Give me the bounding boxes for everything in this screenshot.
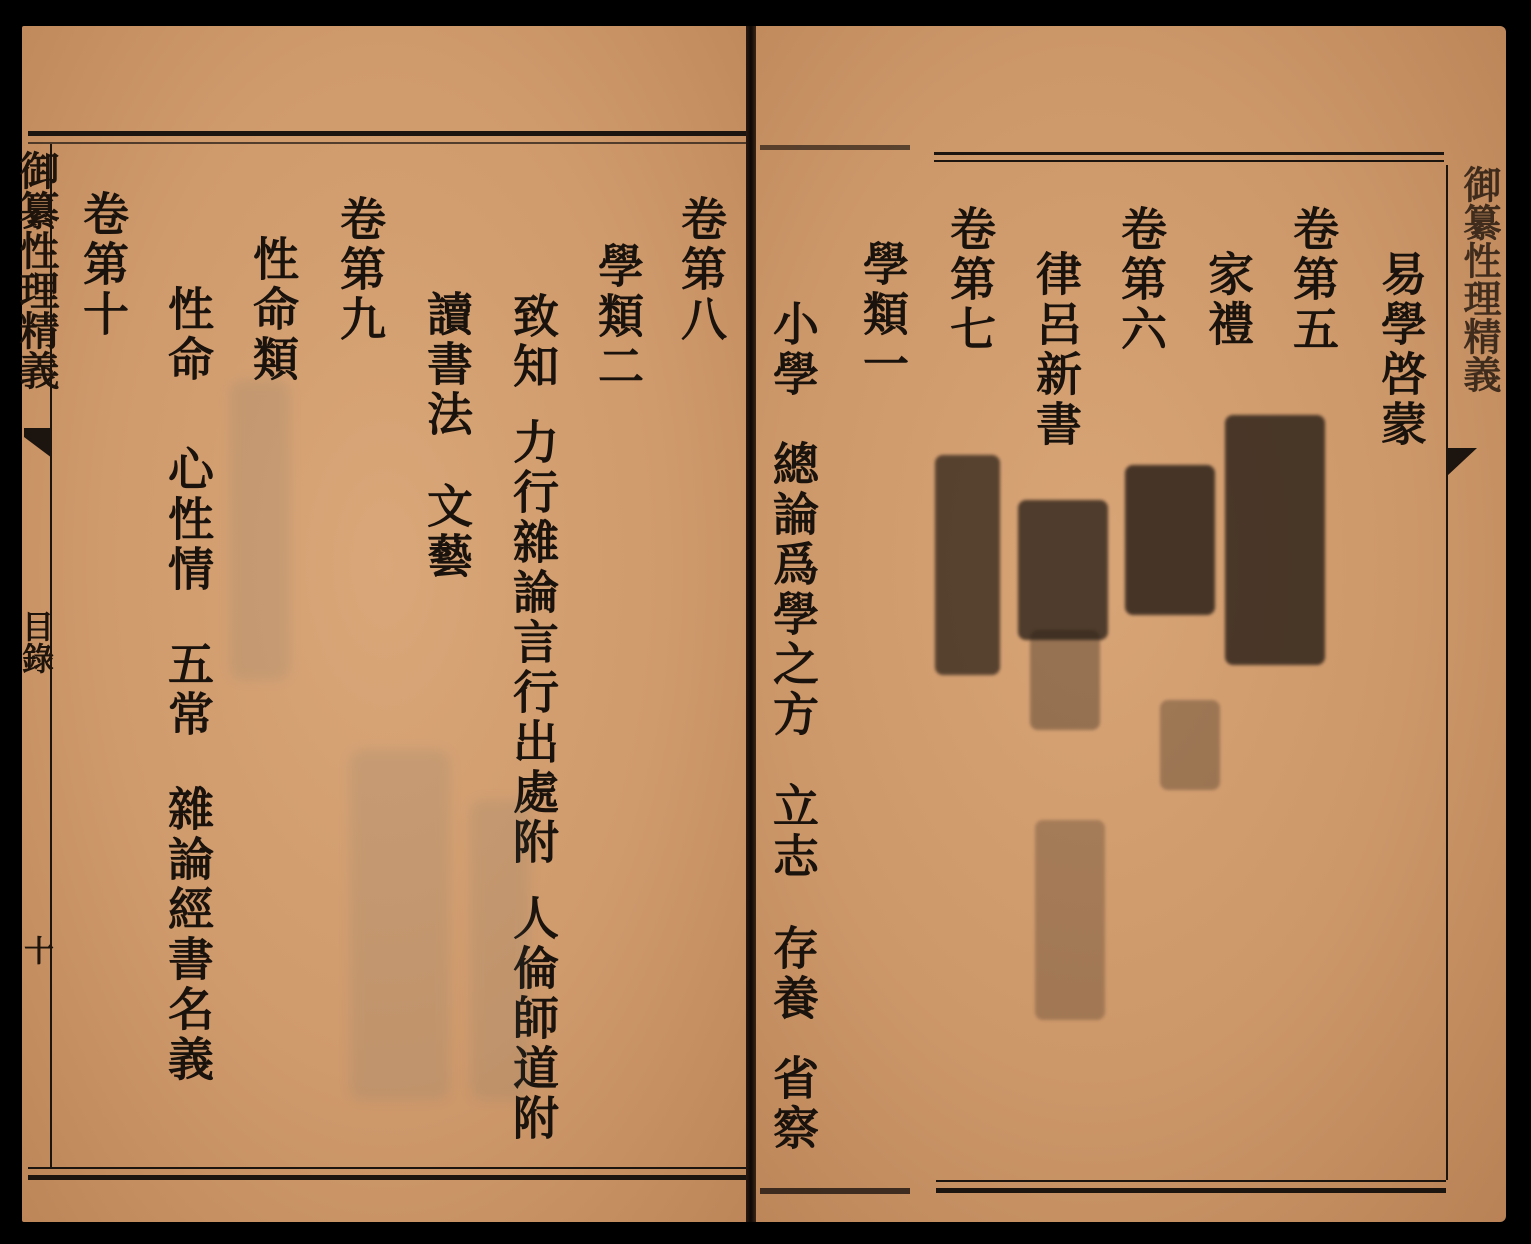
right-top-border xyxy=(760,145,910,150)
toc-volume-5: 卷第五 xyxy=(1290,205,1336,355)
bleed-through xyxy=(470,800,530,1100)
ink-blot xyxy=(1018,500,1108,640)
toc-entries-xingming: 性命心性情五常雜論經書名義 xyxy=(165,285,211,1085)
left-bottom-border xyxy=(28,1167,746,1169)
toc-entry: 省察 xyxy=(766,1054,820,1154)
left-margin-folio: 十 xyxy=(20,935,50,965)
toc-entry: 心性情 xyxy=(161,445,215,595)
ink-blot xyxy=(1225,415,1325,665)
toc-entry: 總論爲學之方 xyxy=(766,440,820,740)
toc-entries-dushufa: 讀書法文藝 xyxy=(424,290,470,582)
left-top-inner-border xyxy=(28,142,746,144)
bleed-through xyxy=(350,750,450,1100)
bleed-through xyxy=(230,380,290,680)
toc-entry: 致知 xyxy=(506,292,560,392)
right-bottom-border-b xyxy=(936,1180,1446,1182)
ink-blot xyxy=(1035,820,1105,1020)
toc-volume-9: 卷第九 xyxy=(337,195,383,345)
left-top-border xyxy=(28,131,746,136)
toc-volume-7: 卷第七 xyxy=(947,205,993,355)
toc-entries-xiaoxue: 小學總論爲學之方立志存養省察 xyxy=(770,300,816,1154)
right-bottom-thick-border xyxy=(936,1188,1446,1193)
left-margin-section: 目錄 xyxy=(20,610,52,674)
toc-entry: 立志 xyxy=(766,782,820,882)
toc-volume-10: 卷第十 xyxy=(80,190,126,340)
toc-category-study-1: 學類一 xyxy=(860,240,906,390)
toc-entry: 五常 xyxy=(161,640,215,740)
toc-entry-lulu-xinshu: 律呂新書 xyxy=(1033,250,1079,450)
toc-entry: 存養 xyxy=(766,924,820,1024)
left-bottom-thick-border xyxy=(28,1175,746,1180)
right-margin-line xyxy=(1446,165,1448,1180)
toc-entry: 文藝 xyxy=(420,482,474,582)
toc-volume-8: 卷第八 xyxy=(678,195,724,345)
toc-category-study-2: 學類二 xyxy=(595,242,641,392)
right-bottom-border xyxy=(760,1188,910,1194)
ink-blot xyxy=(1160,700,1220,790)
right-margin-book-title: 御纂性理精義 xyxy=(1460,165,1498,393)
toc-entry-yixue-qimeng: 易學啓蒙 xyxy=(1378,250,1424,450)
toc-category-nature: 性命類 xyxy=(250,235,296,385)
toc-entry: 讀書法 xyxy=(420,290,474,440)
book-gutter xyxy=(746,26,756,1222)
right-top-inner-border xyxy=(934,160,1444,162)
ink-blot xyxy=(1030,630,1100,730)
toc-entry: 性命 xyxy=(161,285,215,385)
ink-blot xyxy=(935,455,1000,675)
toc-entry: 小學 xyxy=(766,300,820,400)
ink-blot xyxy=(1125,465,1215,615)
toc-volume-6: 卷第六 xyxy=(1118,205,1164,355)
right-top-border-b xyxy=(934,152,1444,155)
toc-entry-jiali: 家禮 xyxy=(1205,250,1251,350)
toc-entry: 雜論經書名義 xyxy=(161,785,215,1085)
left-margin-book-title: 御纂性理精義 xyxy=(16,150,56,390)
